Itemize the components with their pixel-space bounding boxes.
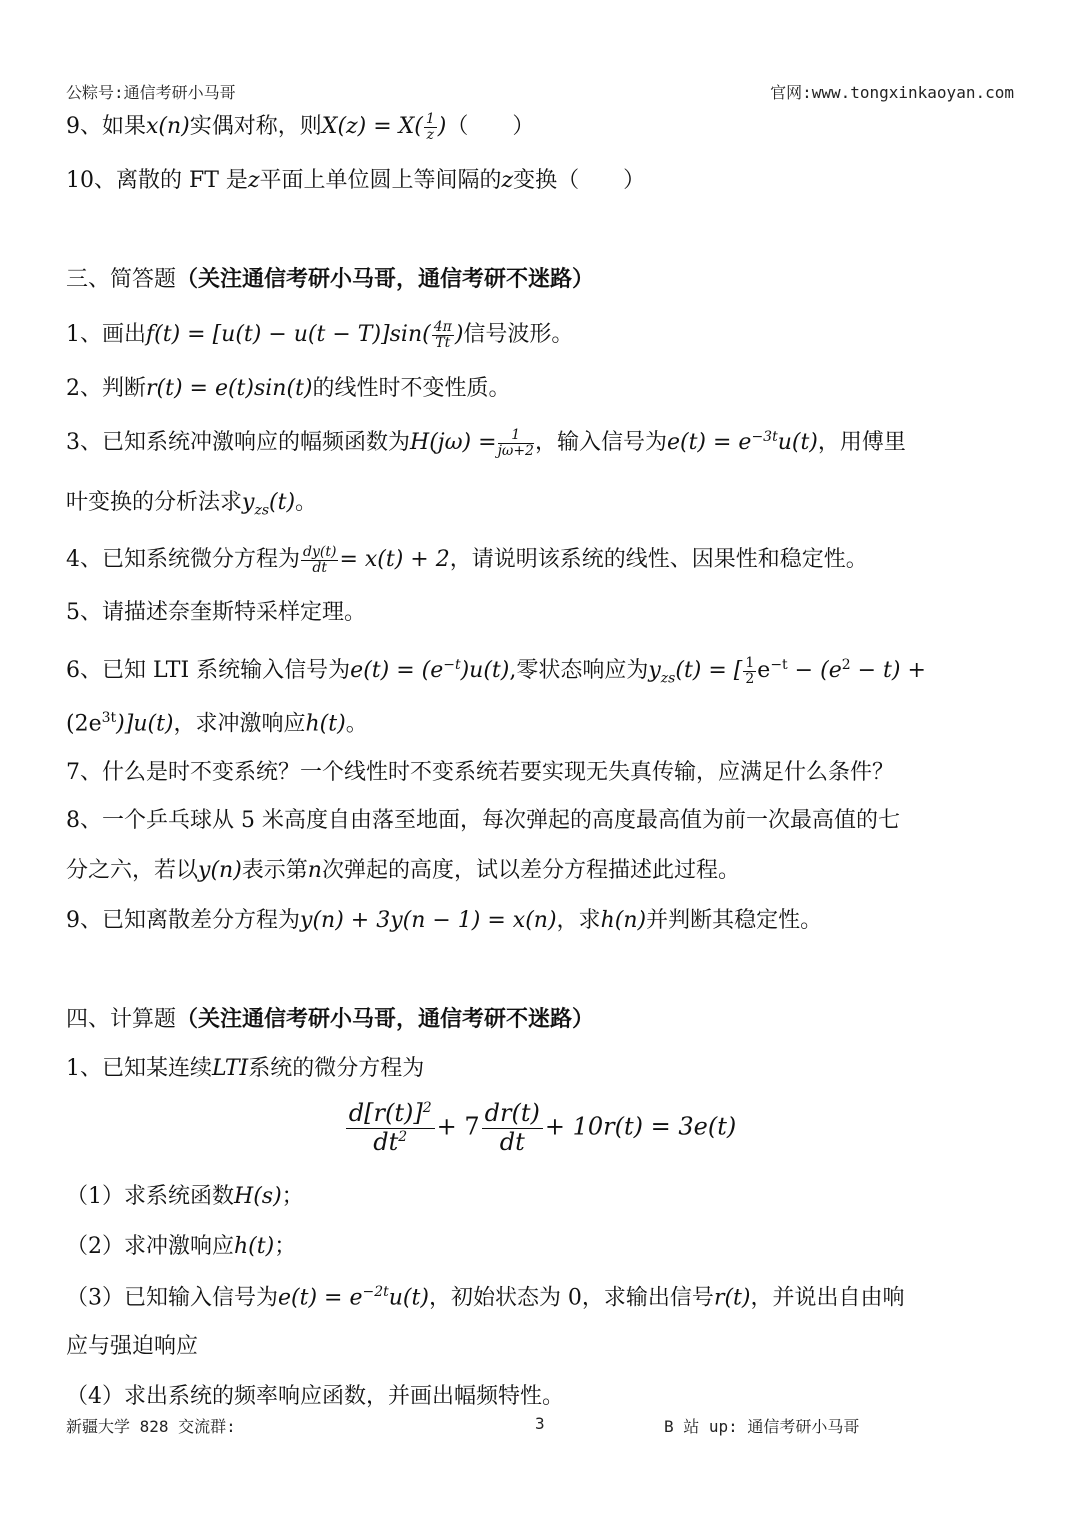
text: 应与强迫响应 [66,1334,198,1359]
footer-right: B 站 up: 通信考研小马哥 [664,1414,859,1437]
fraction: 12 [743,656,756,686]
section-3-title: 三、简答题（关注通信考研小马哥，通信考研不迷路） [66,266,594,293]
text: 并判断其稳定性。 [646,908,822,933]
section-note: （关注通信考研小马哥，通信考研不迷路） [176,266,594,292]
section-heading: 四、计算题 [66,1007,176,1032]
denominator: dt2 [346,1129,435,1157]
item-number: 7、 [66,760,102,785]
math: + 10r(t) = 3e(t) [545,1113,736,1141]
text: ，用傅里 [818,430,906,455]
text: 系统的微分方程为 [248,1056,424,1081]
fraction: 1jω+2 [498,428,534,458]
denominator: Tt [432,336,454,351]
exponent: 2 [842,657,851,673]
text: ,零状态响应为 [509,658,648,683]
section-4-title: 四、计算题（关注通信考研小马哥，通信考研不迷路） [66,1006,594,1033]
denominator: jω+2 [498,444,534,459]
math: u(t) [389,1285,429,1310]
numerator: 4π [432,320,454,336]
question-3-5: 5、请描述奈奎斯特采样定理。 [66,600,366,626]
text: 求冲激响应 [124,1234,234,1259]
text: 已知系统微分方程为 [102,547,300,572]
text: 离散的 FT 是 [116,168,248,193]
numerator: 1 [498,428,534,444]
subquestion-4: （4）求出系统的频率响应函数，并画出幅频特性。 [66,1384,564,1410]
text: ，输入信号为 [535,430,667,455]
math: z [248,168,260,193]
exponent: 3t [102,710,117,726]
question-3-2: 2、判断r(t) = e(t)sin(t)的线性时不变性质。 [66,376,511,402]
question-4-1: 1、已知某连续LTI系统的微分方程为 [66,1056,424,1082]
question-3-9: 9、已知离散差分方程为y(n) + 3y(n − 1) = x(n)，求h(n)… [66,908,822,934]
question-3-1: 1、画出f(t) = [u(t) − u(t − T)]sin(4πTt)信号波… [66,320,573,350]
item-number: （1） [66,1184,124,1209]
text: 叶变换的分析法求 [66,490,242,515]
text: 平面上单位圆上等间隔的 [260,168,502,193]
item-number: （2） [66,1234,124,1259]
text: 画出 [102,322,146,347]
text: ，初始状态为 0，求输出信号 [429,1285,714,1310]
item-number: 3、 [66,430,102,455]
math: n [308,858,322,883]
fraction: d[r(t)]2dt2 [346,1100,435,1156]
math: LTI [212,1056,248,1081]
subquestion-1: （1）求系统函数H(s)； [66,1184,304,1210]
denominator: dt [482,1129,543,1157]
item-number: 1、 [66,1056,102,1081]
text: 的线性时不变性质。 [313,376,511,401]
fraction: 1z [424,112,437,142]
text: 变换 [513,168,557,193]
text: 已知输入信号为 [124,1285,278,1310]
text: 。 [346,711,368,736]
text: 已知系统冲激响应的幅频函数为 [102,430,410,455]
fraction: 4πTt [432,320,454,350]
text: ； [282,1184,304,1209]
text: 表示第 [242,858,308,883]
page-header-right: 官网:www.tongxinkaoyan.com [770,80,1014,103]
subscript: zs [661,671,676,687]
math: y(n) [198,858,242,883]
math: e(t) = (e [350,658,443,683]
math: f(t) = [u(t) − u(t − T)]sin( [146,322,431,347]
math: + 7 [437,1113,480,1141]
answer-blank: （ ） [557,168,645,193]
math: = x(t) + 2 [339,547,449,572]
item-number: （4） [66,1384,124,1409]
exponent: 2 [398,1129,407,1145]
section-note: （关注通信考研小马哥，通信考研不迷路） [176,1006,594,1032]
numerator: dr(t) [482,1100,543,1129]
subquestion-3-cont: 应与强迫响应 [66,1334,198,1360]
math: dt [373,1128,398,1156]
item-number: 6、 [66,658,102,683]
math: d[r(t)] [349,1099,423,1127]
numerator: dy(t) [301,545,338,561]
item-number: 9、 [66,908,102,933]
text: 一个乒乓球从 5 米高度自由落至地面，每次弹起的高度最高值为前一次最高值的七 [102,808,900,833]
exponent: 2 [423,1100,432,1116]
item-number: 1、 [66,322,102,347]
text: 请描述奈奎斯特采样定理。 [102,600,366,625]
question-3-8-cont: 分之六，若以y(n)表示第n次弹起的高度，试以差分方程描述此过程。 [66,858,740,884]
text: ，请说明该系统的线性、因果性和稳定性。 [450,547,868,572]
text: 信号波形。 [463,322,573,347]
differential-equation: d[r(t)]2dt2+ 7dr(t)dt+ 10r(t) = 3e(t) [0,1100,1080,1156]
math: (2e [66,711,102,736]
text: ，并说出自由响 [750,1285,904,1310]
text: 求系统函数 [124,1184,234,1209]
math: h(t) [234,1234,274,1259]
text: 。 [295,490,317,515]
item-number: 5、 [66,600,102,625]
text: ，求冲激响应 [174,711,306,736]
fraction: dr(t)dt [482,1100,543,1156]
denominator: dt [301,561,338,576]
question-3-3: 3、已知系统冲激响应的幅频函数为H(jω) =1jω+2，输入信号为e(t) =… [66,428,906,458]
text: 如果 [102,114,146,139]
exponent: −2t [362,1284,388,1300]
denominator: z [424,128,437,143]
exponent: −t [770,657,787,673]
math: X(z) = X( [322,114,423,139]
math: H(s) [234,1184,282,1209]
text: 判断 [102,376,146,401]
math: − (e [788,658,842,683]
math: x(n) [146,114,190,139]
math: u(t) [778,430,818,455]
math: y [242,490,254,515]
text: 分之六，若以 [66,858,198,883]
math: e [757,658,770,683]
math: z [502,168,514,193]
footer-left: 新疆大学 828 交流群: [66,1414,236,1437]
text: 求出系统的频率响应函数，并画出幅频特性。 [124,1384,564,1409]
item-number: 10、 [66,168,116,193]
page-header-left: 公粽号:通信考研小马哥 [66,80,236,103]
denominator: 2 [743,672,756,687]
subquestion-2: （2）求冲激响应h(t)； [66,1234,296,1260]
tf-item-10: 10、离散的 FT 是z平面上单位圆上等间隔的z变换（ ） [66,168,645,194]
math: y(n) + 3y(n − 1) = x(n) [300,908,557,933]
question-3-6: 6、已知 LTI 系统输入信号为e(t) = (e−t)u(t),零状态响应为y… [66,656,926,687]
fraction: dy(t)dt [301,545,338,575]
text: 什么是时不变系统？一个线性时不变系统若要实现无失真传输，应满足什么条件？ [102,760,894,785]
math: e(t) = e [667,430,751,455]
question-3-7: 7、什么是时不变系统？一个线性时不变系统若要实现无失真传输，应满足什么条件？ [66,760,894,786]
text: 已知 LTI 系统输入信号为 [102,658,350,683]
numerator: 1 [743,656,756,672]
text: 已知离散差分方程为 [102,908,300,933]
text: ； [274,1234,296,1259]
text: ，求 [557,908,601,933]
math: (t) = [ [675,658,742,683]
subscript: zs [254,502,269,518]
math: − t) + [851,658,926,683]
tf-item-9: 9、如果x(n)实偶对称，则X(z) = X(1z)（ ） [66,112,534,142]
math: r(t) [714,1285,751,1310]
math: (t) [269,490,295,515]
text: 实偶对称，则 [190,114,322,139]
math: H(jω) = [410,430,497,455]
math: y [648,658,660,683]
text: 次弹起的高度，试以差分方程描述此过程。 [322,858,740,883]
exponent: −3t [751,429,777,445]
math: h(n) [601,908,647,933]
subquestion-3: （3）已知输入信号为e(t) = e−2tu(t)，初始状态为 0，求输出信号r… [66,1284,904,1312]
question-3-4: 4、已知系统微分方程为dy(t)dt= x(t) + 2，请说明该系统的线性、因… [66,545,868,575]
math: h(t) [306,711,346,736]
math: )u(t) [461,658,510,683]
item-number: 4、 [66,547,102,572]
question-3-8: 8、一个乒乓球从 5 米高度自由落至地面，每次弹起的高度最高值为前一次最高值的七 [66,808,900,834]
math: )]u(t) [116,711,173,736]
item-number: 8、 [66,808,102,833]
exponent: −t [443,657,460,673]
math: e(t) = e [278,1285,362,1310]
item-number: （3） [66,1285,124,1310]
numerator: d[r(t)]2 [346,1100,435,1129]
item-number: 2、 [66,376,102,401]
math: r(t) = e(t)sin(t) [146,376,312,401]
question-3-3-cont: 叶变换的分析法求yzs(t)。 [66,490,317,519]
answer-blank: （ ） [446,114,534,139]
page-number: 3 [535,1414,545,1433]
question-3-6-cont: (2e3t)]u(t)，求冲激响应h(t)。 [66,710,368,738]
numerator: 1 [424,112,437,128]
item-number: 9、 [66,114,102,139]
section-heading: 三、简答题 [66,267,176,292]
text: 已知某连续 [102,1056,212,1081]
